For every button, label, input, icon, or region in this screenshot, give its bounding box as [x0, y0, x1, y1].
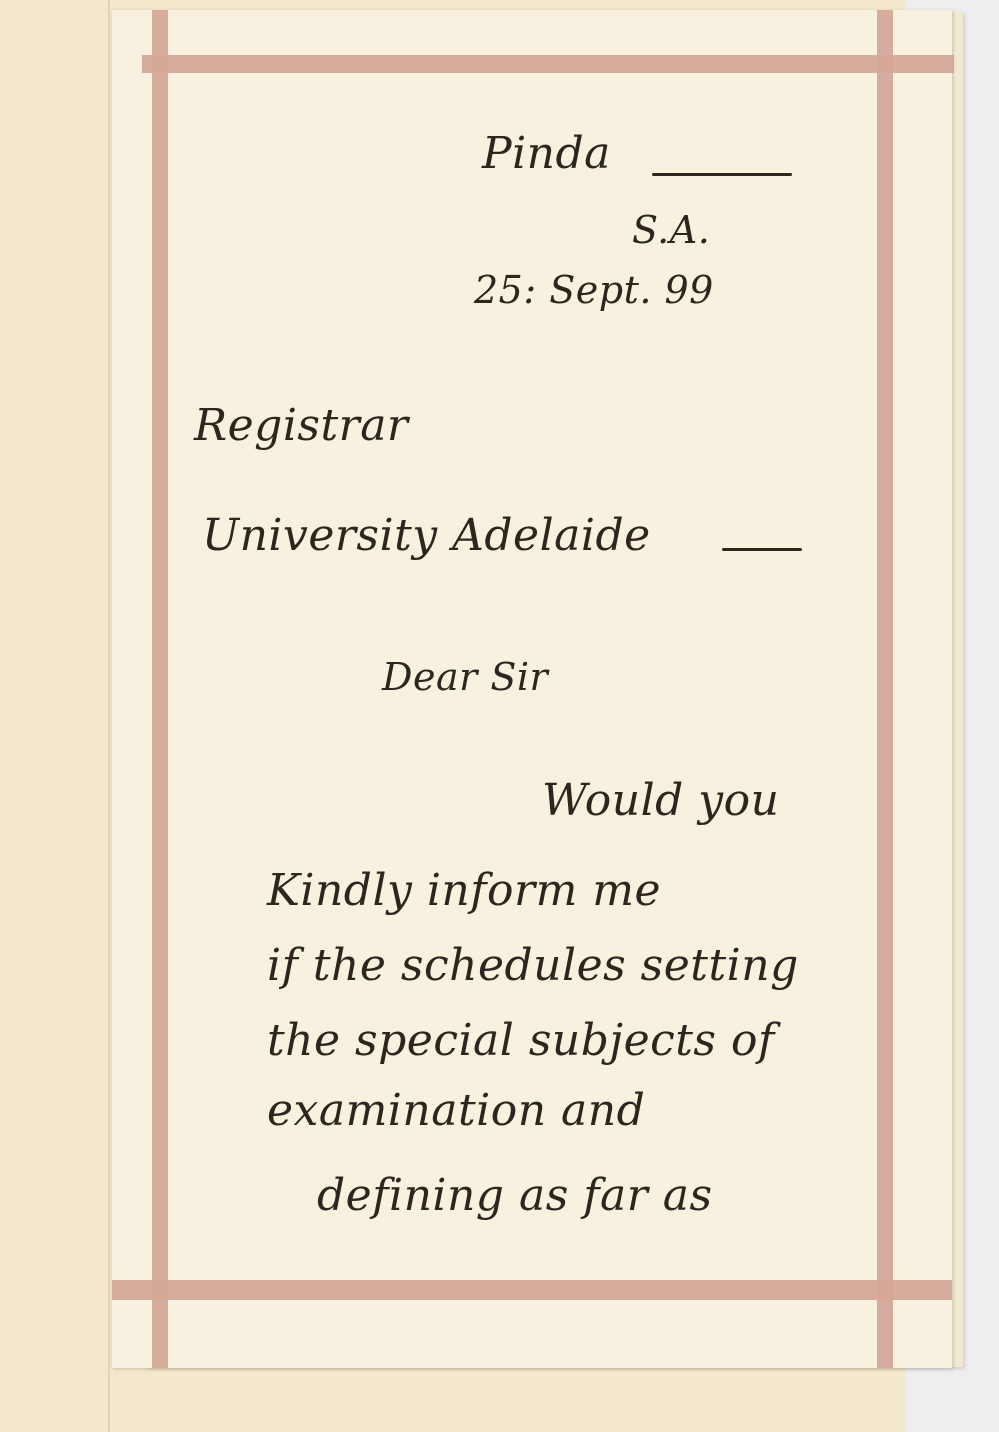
- salutation: Dear Sir: [382, 655, 548, 699]
- letter-date: 25: Sept. 99: [474, 268, 714, 312]
- letter-state: S.A.: [632, 208, 710, 252]
- recipient-title: Registrar: [194, 400, 408, 451]
- body-line: if the schedules setting: [267, 940, 799, 991]
- letter-place: Pinda: [482, 128, 611, 179]
- body-line: the special subjects of: [267, 1015, 775, 1066]
- bottom-rule: [112, 1280, 952, 1300]
- recipient-institution: University Adelaide: [202, 510, 651, 561]
- body-line: Kindly inform me: [267, 865, 661, 916]
- left-rule: [152, 10, 168, 1368]
- letter-sheet: Pinda S.A. 25: Sept. 99 Registrar Univer…: [112, 10, 952, 1368]
- top-rule: [142, 55, 954, 73]
- institution-underline: [722, 548, 802, 551]
- place-underline: [652, 173, 792, 176]
- page-fold: [108, 0, 110, 1432]
- body-line: Would you: [542, 775, 779, 826]
- body-line: defining as far as: [317, 1170, 713, 1221]
- right-rule: [877, 10, 893, 1368]
- body-line: examination and: [267, 1085, 645, 1136]
